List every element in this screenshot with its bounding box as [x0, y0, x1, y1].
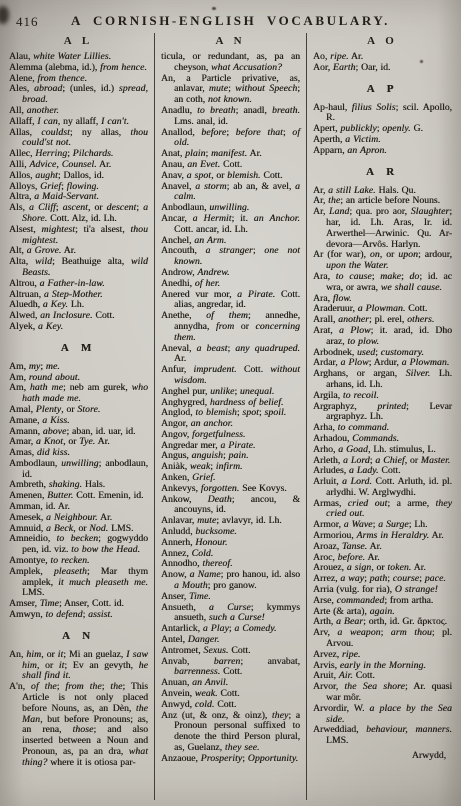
- dictionary-entry: Anavel, a storm; ab an, & avel, a calm.: [161, 182, 300, 204]
- dictionary-entry: Aor, Earth; Oar, id.: [313, 63, 452, 74]
- dictionary-entry: Als, a Cliff; ascent, or descent; a Shor…: [9, 203, 148, 225]
- dictionary-entry: An, a Particle privative, as, anlavar, m…: [161, 74, 300, 106]
- column-right: A O Ao, ripe. Ar.Aor, Earth; Oar, id.A P…: [306, 33, 458, 800]
- column-body: Alau, white Water Lillies.Alemma (alebma…: [9, 52, 148, 769]
- dictionary-entry: Anallod, before; before that; of old.: [161, 128, 300, 150]
- dictionary-entry: Arluit, a Lord. Cott. Arluth, id. pl. ar…: [313, 477, 452, 499]
- dictionary-entry: Anow, a Name; pro hanou, id. also a Mout…: [161, 570, 300, 592]
- dictionary-entry: Am, hath me; neb am gurek, who hath made…: [9, 383, 148, 405]
- column-body: ticula, or redundant, as, pa an cheyson,…: [161, 52, 300, 765]
- dictionary-entry: Ara, to cause; make; do; id. ac wra, or …: [313, 272, 452, 294]
- dictionary-entry: Arv, a weapon; arm thou; pl. Arvou.: [313, 628, 452, 650]
- dictionary-entry: Arghans, or argan, Silver. Lh. arhans, i…: [313, 369, 452, 391]
- dictionary-entry: Arweddiad, behaviour, manners. LMS.: [313, 725, 452, 747]
- dictionary-entry: Anedhi, of her.: [161, 279, 300, 290]
- dictionary-entry: Ancouth, a stranger; one not known.: [161, 246, 300, 268]
- vocabulary-columns: A L Alau, white Water Lillies.Alemma (al…: [0, 33, 461, 806]
- dictionary-entry: Aneval, a beast; any quadruped. Ar.: [161, 344, 300, 366]
- dictionary-entry: Amplek, pleaseth; Mar thym amplek, it mu…: [9, 567, 148, 599]
- dictionary-entry: Anav, a spot, or blemish. Cott.: [161, 171, 300, 182]
- dictionary-entry: Anzaoue, Prosperity; Opportunity.: [161, 754, 300, 765]
- dictionary-entry: Anered vur mor, a Pirate. Cott. alias, a…: [161, 290, 300, 312]
- dictionary-entry: Ar, Land; qua. pro aor, Slaughter; har, …: [313, 207, 452, 250]
- dictionary-entry: A'n, of the; from the; the; This Article…: [9, 682, 148, 768]
- dictionary-entry: Argraphyz, printed; Levar argraphyz. Lh.: [313, 402, 452, 424]
- dictionary-entry: Arvordir, W. a place by the Sea side.: [313, 704, 452, 726]
- dictionary-entry: Arat, a Plow; it. arad, id. Dho araz, to…: [313, 326, 452, 348]
- book-page: 416 A CORNISH-ENGLISH VOCABULARY. A L Al…: [0, 0, 461, 806]
- dictionary-entry: Anvab, barren; anvabat, barrenness. Cott…: [161, 657, 300, 679]
- column-header: A N: [161, 35, 300, 47]
- dictionary-entry: Amane, a Kiss.: [9, 416, 148, 427]
- dictionary-entry: Ap-haul, filius Solis; scil. Apollo, R.: [313, 103, 452, 125]
- dictionary-entry: Ales, abroad; (unles, id.) spread, broad…: [9, 84, 148, 106]
- column-header: A L: [9, 35, 148, 47]
- dictionary-entry: Apparn, an Apron.: [313, 146, 452, 157]
- section-header: A P: [313, 83, 452, 95]
- section-header: A R: [313, 166, 452, 178]
- dictionary-entry: Ar (for war), on, or upon; ardour, upon …: [313, 250, 452, 272]
- column-middle: A N ticula, or redundant, as, pa an chey…: [154, 33, 306, 800]
- dictionary-entry: An, him, or it; Mi an guelaz, I saw him,…: [9, 650, 148, 682]
- dictionary-entry: Arvor, the Sea shore; Ar. quasi war môr.: [313, 682, 452, 704]
- dictionary-entry: Allas, couldst; ny allas, thou could'st …: [9, 128, 148, 150]
- column-header: A O: [313, 35, 452, 47]
- catchword: Arwydd,: [313, 750, 452, 761]
- dictionary-entry: Anfur, imprudent. Cott. without wisdom.: [161, 365, 300, 387]
- dictionary-entry: Anethe, of them; annedhe, annydha, from …: [161, 311, 300, 343]
- dictionary-entry: Ancar, a Hermit; it. an Anchor. Cott. an…: [161, 214, 300, 236]
- page-title: A CORNISH-ENGLISH VOCABULARY.: [0, 13, 461, 29]
- dictionary-entry: Alsest, mightest; ti'a alsest, thou migh…: [9, 225, 148, 247]
- page-header: 416 A CORNISH-ENGLISH VOCABULARY.: [0, 0, 461, 33]
- dictionary-entry: Allaff, I can, ny allaff, I can't.: [9, 117, 148, 128]
- dictionary-entry: Anz (ut, & onz, & oinz), they; a Pronoun…: [161, 711, 300, 754]
- dictionary-entry: ticula, or redundant, as, pa an cheyson,…: [161, 52, 300, 74]
- dictionary-entry: Ambodlaun, unwilling; anbodlaun, id.: [9, 459, 148, 481]
- page-number: 416: [16, 14, 39, 30]
- section-header: A M: [9, 342, 148, 354]
- section-header: A N: [9, 630, 148, 642]
- dictionary-entry: Ankow, Death; ancou, & ancouyns, id.: [161, 495, 300, 517]
- column-left: A L Alau, white Water Lillies.Alemma (al…: [3, 33, 154, 800]
- dictionary-entry: Armas, cried out; a arme, they cried out…: [313, 499, 452, 521]
- dictionary-entry: Alyek, a Key.: [9, 322, 148, 333]
- column-body: Ao, ripe. Ar.Aor, Earth; Oar, id.A PAp-h…: [313, 52, 452, 747]
- dictionary-entry: Ansueth, a Curse; kymmys ansueth, such a…: [161, 603, 300, 625]
- dictionary-entry: Amneidio, to becken; gogwyddo pen, id. v…: [9, 534, 148, 556]
- dictionary-entry: Alta, wild; Beathuige alta, wild Beasts.: [9, 257, 148, 279]
- dictionary-entry: Anadlu, to breath; anadl, breath. Lms. a…: [161, 106, 300, 128]
- dictionary-entry: Amwyn, to defend; assist.: [9, 610, 148, 621]
